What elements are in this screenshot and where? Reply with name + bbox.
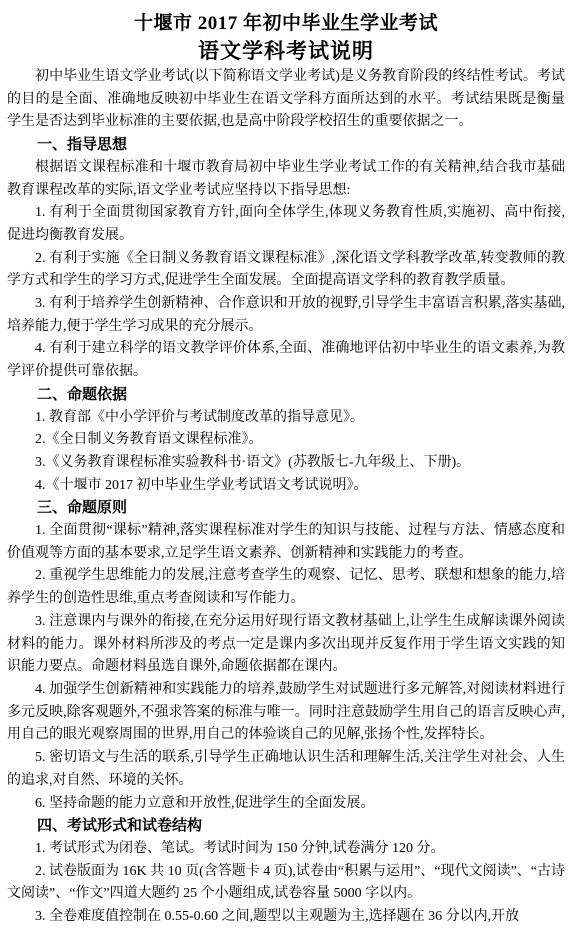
paragraph: 1. 有利于全面贯彻国家教育方针,面向全体学生,体现义务教育性质,实施初、高中衔… bbox=[7, 202, 565, 247]
paragraph: 3. 注意课内与课外的衔接,在充分运用好现行语文教材基础上,让学生生成解读课外阅… bbox=[7, 611, 565, 679]
paragraph: 4. 有利于建立科学的语文教学评价体系,全面、准确地评估初中毕业生的语文素养,为… bbox=[7, 338, 565, 383]
paragraph: 2.《全日制义务教育语文课程标准》。 bbox=[7, 429, 565, 452]
paragraph: 初中毕业生语文学业考试(以下简称语文学业考试)是义务教育阶段的终结性考试。考试的… bbox=[7, 66, 565, 134]
section-heading: 二、命题依据 bbox=[7, 384, 565, 407]
paragraph: 5. 密切语文与生活的联系,引导学生正确地认识生活和理解生活,关注学生对社会、人… bbox=[7, 747, 565, 792]
section-heading: 四、考试形式和试卷结构 bbox=[7, 815, 565, 838]
paragraph: 4.《十堰市 2017 初中毕业生学业考试语文考试说明》。 bbox=[7, 475, 565, 498]
paragraph: 1. 考试形式为闭卷、笔试。考试时间为 150 分钟,试卷满分 120 分。 bbox=[7, 838, 565, 861]
paragraph: 6. 坚持命题的能力立意和开放性,促进学生的全面发展。 bbox=[7, 793, 565, 816]
paragraph: 1. 全面贯彻“课标”精神,落实课程标准对学生的知识与技能、过程与方法、情感态度… bbox=[7, 520, 565, 565]
paragraph: 3. 全卷难度值控制在 0.55-0.60 之间,题型以主观题为主,选择题在 3… bbox=[7, 906, 565, 929]
paragraph: 2. 试卷版面为 16K 共 10 页(含答题卡 4 页),试卷由“积累与运用”… bbox=[7, 861, 565, 906]
document-page: 十堰市 2017 年初中毕业生学业考试 语文学科考试说明 初中毕业生语文学业考试… bbox=[0, 0, 572, 949]
document-title-line2: 语文学科考试说明 bbox=[7, 37, 565, 66]
paragraph: 3.《义务教育课程标准实验教科书·语文》(苏教版七-九年级上、下册)。 bbox=[7, 452, 565, 475]
section-heading: 三、命题原则 bbox=[7, 497, 565, 520]
paragraph: 3. 有利于培养学生创新精神、合作意识和开放的视野,引导学生丰富语言积累,落实基… bbox=[7, 293, 565, 338]
paragraph: 1. 教育部《中小学评价与考试制度改革的指导意见》。 bbox=[7, 407, 565, 430]
paragraph: 2. 有利于实施《全日制义务教育语文课程标准》,深化语文学科教学改革,转变教师的… bbox=[7, 248, 565, 293]
document-title-line1: 十堰市 2017 年初中毕业生学业考试 bbox=[7, 10, 565, 37]
section-heading: 一、指导思想 bbox=[7, 134, 565, 157]
paragraph: 2. 重视学生思维能力的发展,注意考查学生的观察、记忆、思考、联想和想象的能力,… bbox=[7, 565, 565, 610]
document-body: 初中毕业生语文学业考试(以下简称语文学业考试)是义务教育阶段的终结性考试。考试的… bbox=[7, 66, 565, 929]
paragraph: 根据语文课程标准和十堰市教育局初中毕业生学业考试工作的有关精神,结合我市基础教育… bbox=[7, 157, 565, 202]
paragraph: 4. 加强学生创新精神和实践能力的培养,鼓励学生对试题进行多元解答,对阅读材料进… bbox=[7, 679, 565, 747]
